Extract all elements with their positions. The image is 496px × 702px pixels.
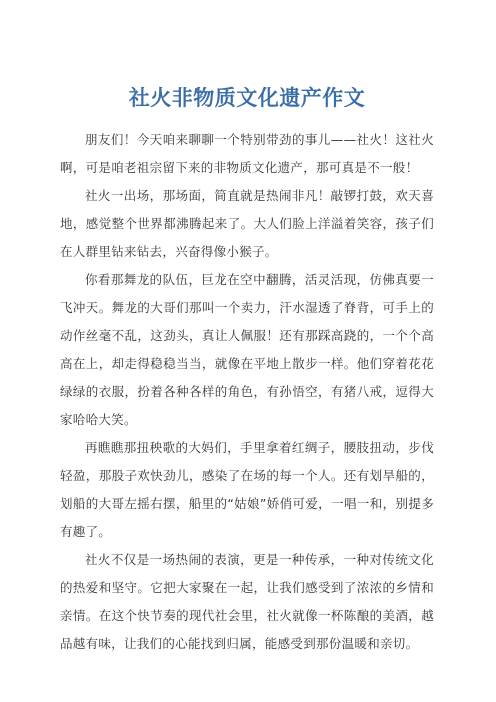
paragraph-dragon-dance: 你看那舞龙的队伍，巨龙在空中翻腾，活灵活现，仿佛真要一飞冲天。舞龙的大哥们那叫一… [60, 266, 434, 434]
paragraph-intro: 朋友们！今天咱来聊聊一个特别带劲的事儿——社火！这社火啊，可是咱老祖宗留下来的非… [60, 126, 434, 182]
document-page: 社火非物质文化遗产作文 朋友们！今天咱来聊聊一个特别带劲的事儿——社火！这社火啊… [0, 0, 496, 702]
document-title: 社火非物质文化遗产作文 [60, 86, 434, 110]
paragraph-yangge: 再瞧瞧那扭秧歌的大妈们，手里拿着红绸子，腰肢扭动，步伐轻盈，那股子欢快劲儿，感染… [60, 434, 434, 546]
paragraph-conclusion: 社火不仅是一场热闹的表演，更是一种传承，一种对传统文化的热爱和坚守。它把大家聚在… [60, 546, 434, 658]
paragraph-scene: 社火一出场，那场面，简直就是热闹非凡！敲锣打鼓，欢天喜地，感觉整个世界都沸腾起来… [60, 182, 434, 266]
